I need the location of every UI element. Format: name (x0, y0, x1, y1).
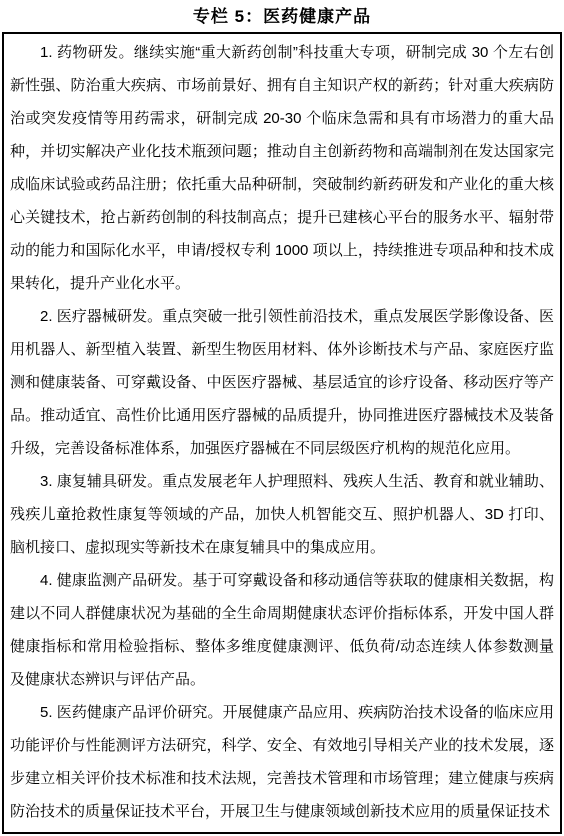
document-page: 专栏 5：医药健康产品 1. 药物研发。继续实施“重大新药创制”科技重大专项，研… (0, 0, 564, 834)
paragraph-drug-development: 1. 药物研发。继续实施“重大新药创制”科技重大专项，研制完成 30 个左右创新… (10, 36, 554, 300)
paragraph-product-evaluation: 5. 医药健康产品评价研究。开展健康产品应用、疾病防治技术设备的临床应用功能评价… (10, 696, 554, 828)
paragraph-medical-devices: 2. 医疗器械研发。重点突破一批引领性前沿技术，重点发展医学影像设备、医用机器人… (10, 300, 554, 465)
paragraph-health-monitoring: 4. 健康监测产品研发。基于可穿戴设备和移动通信等获取的健康相关数据，构建以不同… (10, 564, 554, 696)
paragraph-rehab-aids: 3. 康复辅具研发。重点发展老年人护理照料、残疾人生活、教育和就业辅助、残疾儿童… (10, 465, 554, 564)
page-title: 专栏 5：医药健康产品 (0, 0, 564, 28)
content-box: 1. 药物研发。继续实施“重大新药创制”科技重大专项，研制完成 30 个左右创新… (2, 32, 562, 834)
